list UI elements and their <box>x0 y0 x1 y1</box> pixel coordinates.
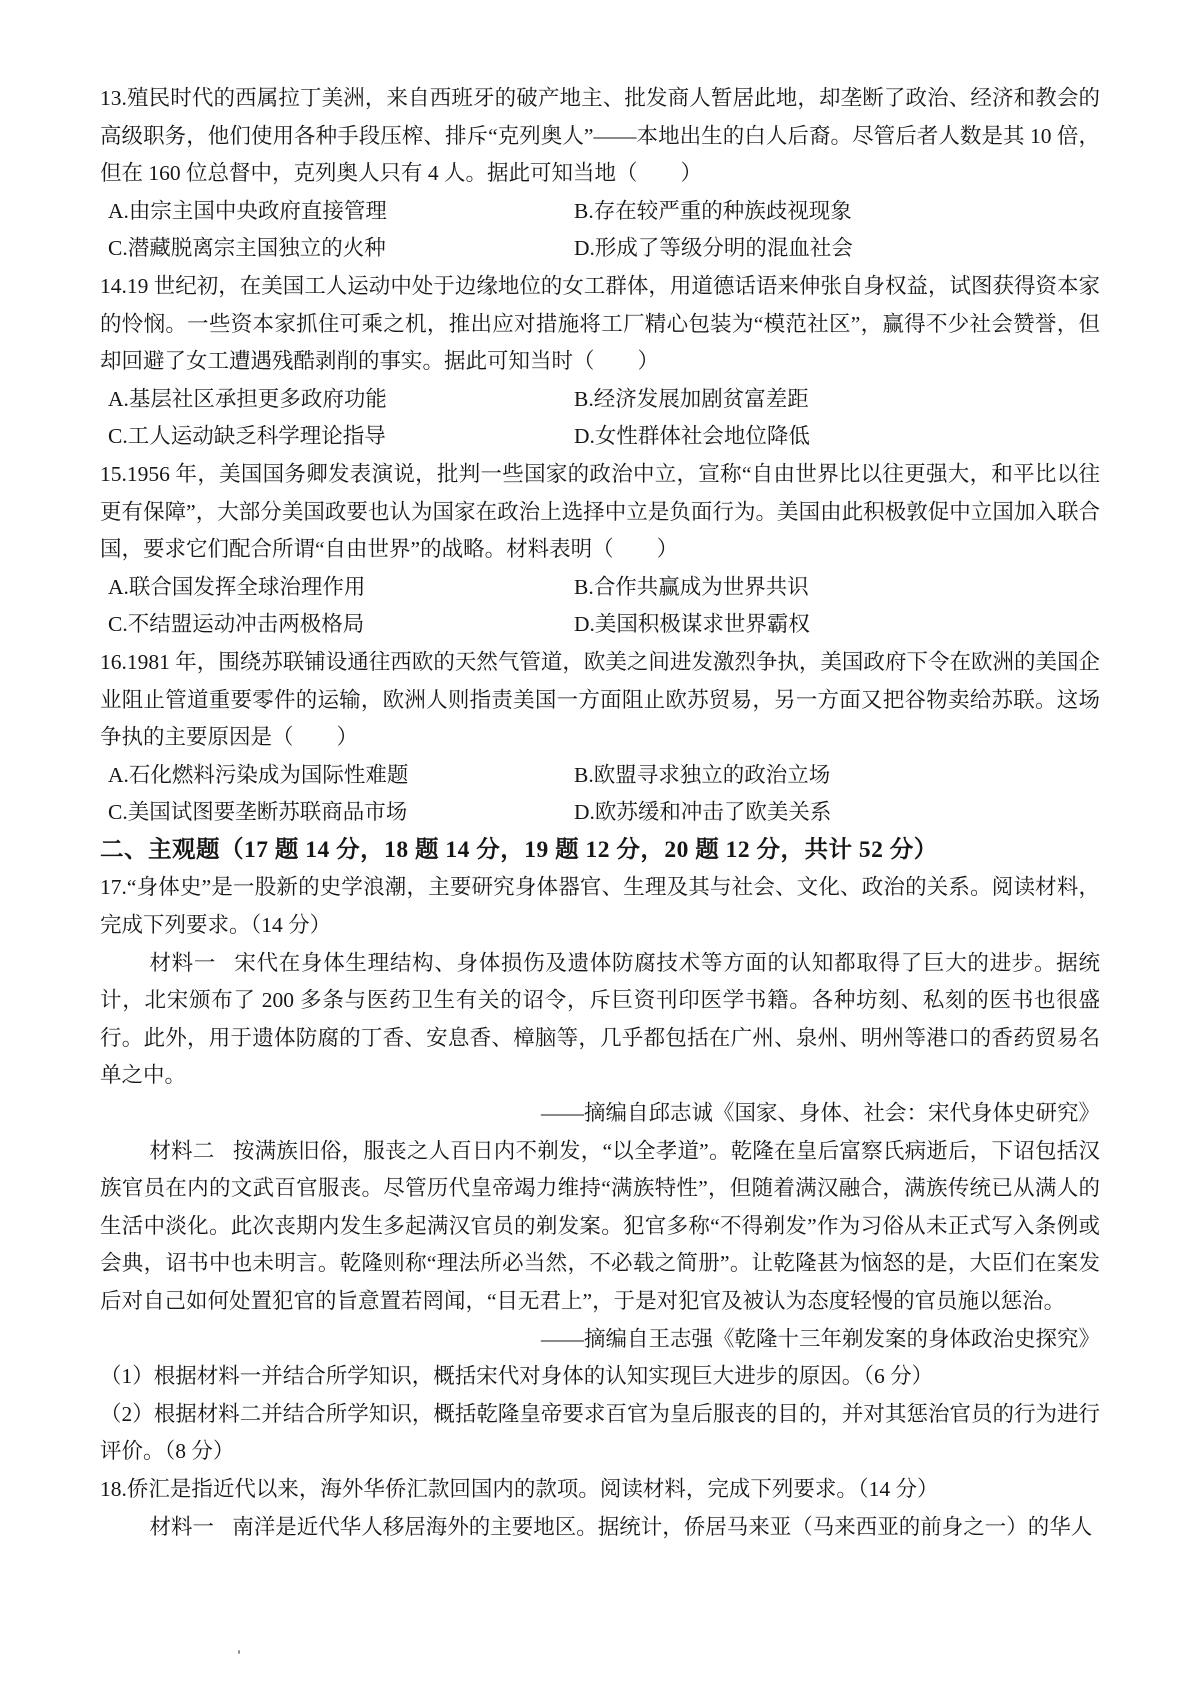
question-13-option-d: D.形成了等级分明的混血社会 <box>574 230 1100 268</box>
question-15-option-d: D.美国积极谋求世界霸权 <box>574 606 1100 644</box>
question-16-stem: 16.1981 年，围绕苏联铺设通往西欧的天然气管道，欧美之间进发激烈争执，美国… <box>100 644 1100 757</box>
question-17-material-1: 材料一宋代在身体生理结构、身体损伤及遗体防腐技术等方面的认知都取得了巨大的进步。… <box>100 945 1100 1095</box>
material-1-label: 材料一 <box>149 1515 214 1539</box>
question-14-option-c: C.工人运动缺乏科学理论指导 <box>108 418 574 456</box>
material-1-label: 材料一 <box>149 951 216 975</box>
question-17: 17.“身体史”是一股新的史学浪潮，主要研究身体器官、生理及其与社会、文化、政治… <box>100 869 1100 1471</box>
question-18-material-1: 材料一南洋是近代华人移居海外的主要地区。据统计，侨居马来亚（马来西亚的前身之一）… <box>100 1509 1100 1547</box>
question-16: 16.1981 年，围绕苏联铺设通往西欧的天然气管道，欧美之间进发激烈争执，美国… <box>100 644 1100 832</box>
question-16-option-b: B.欧盟寻求独立的政治立场 <box>574 757 1100 795</box>
question-14: 14.19 世纪初，在美国工人运动中处于边缘地位的女工群体，用道德话语来伸张自身… <box>100 268 1100 456</box>
exam-content: 13.殖民时代的西属拉丁美洲，来自西班牙的破产地主、批发商人暂居此地，却垄断了政… <box>100 80 1100 1546</box>
question-15-option-a: A.联合国发挥全球治理作用 <box>108 569 574 607</box>
question-15: 15.1956 年，美国国务卿发表演说，批判一些国家的政治中立，宣称“自由世界比… <box>100 456 1100 644</box>
question-16-option-d: D.欧苏缓和冲击了欧美关系 <box>574 794 1100 832</box>
question-15-option-b: B.合作共赢成为世界共识 <box>574 569 1100 607</box>
question-13-option-b: B.存在较严重的种族歧视现象 <box>574 193 1100 231</box>
question-16-option-c: C.美国试图要垄断苏联商品市场 <box>108 794 574 832</box>
question-14-option-a: A.基层社区承担更多政府功能 <box>108 381 574 419</box>
question-13-stem: 13.殖民时代的西属拉丁美洲，来自西班牙的破产地主、批发商人暂居此地，却垄断了政… <box>100 80 1100 193</box>
question-17-subquestion-2: （2）根据材料二并结合所学知识，概括乾隆皇帝要求百官为皇后服丧的目的，并对其惩治… <box>100 1396 1100 1471</box>
scan-artifact-dot <box>238 1650 240 1654</box>
question-14-stem: 14.19 世纪初，在美国工人运动中处于边缘地位的女工群体，用道德话语来伸张自身… <box>100 268 1100 381</box>
question-13-options: A.由宗主国中央政府直接管理 B.存在较严重的种族歧视现象 C.潜藏脱离宗主国独… <box>100 193 1100 268</box>
section-2-header: 二、主观题（17 题 14 分，18 题 14 分，19 题 12 分，20 题… <box>100 832 1100 870</box>
question-17-subquestion-1: （1）根据材料一并结合所学知识，概括宋代对身体的认知实现巨大进步的原因。（6 分… <box>100 1358 1100 1396</box>
question-15-stem: 15.1956 年，美国国务卿发表演说，批判一些国家的政治中立，宣称“自由世界比… <box>100 456 1100 569</box>
question-17-source-1: ——摘编自邱志诚《国家、身体、社会：宋代身体史研究》 <box>100 1095 1100 1133</box>
material-1-text: 宋代在身体生理结构、身体损伤及遗体防腐技术等方面的认知都取得了巨大的进步。据统计… <box>100 951 1100 1088</box>
question-14-options: A.基层社区承担更多政府功能 B.经济发展加剧贫富差距 C.工人运动缺乏科学理论… <box>100 381 1100 456</box>
question-18-intro: 18.侨汇是指近代以来，海外华侨汇款回国内的款项。阅读材料，完成下列要求。（14… <box>100 1471 1100 1509</box>
material-1-text: 南洋是近代华人移居海外的主要地区。据统计，侨居马来亚（马来西亚的前身之一）的华人 <box>232 1515 1092 1539</box>
material-2-label: 材料二 <box>149 1139 214 1163</box>
question-14-option-d: D.女性群体社会地位降低 <box>574 418 1100 456</box>
question-14-option-b: B.经济发展加剧贫富差距 <box>574 381 1100 419</box>
question-15-options: A.联合国发挥全球治理作用 B.合作共赢成为世界共识 C.不结盟运动冲击两极格局… <box>100 569 1100 644</box>
question-18: 18.侨汇是指近代以来，海外华侨汇款回国内的款项。阅读材料，完成下列要求。（14… <box>100 1471 1100 1546</box>
question-16-option-a: A.石化燃料污染成为国际性难题 <box>108 757 574 795</box>
exam-page: 13.殖民时代的西属拉丁美洲，来自西班牙的破产地主、批发商人暂居此地，却垄断了政… <box>0 0 1200 1698</box>
question-13: 13.殖民时代的西属拉丁美洲，来自西班牙的破产地主、批发商人暂居此地，却垄断了政… <box>100 80 1100 268</box>
question-13-option-a: A.由宗主国中央政府直接管理 <box>108 193 574 231</box>
question-15-option-c: C.不结盟运动冲击两极格局 <box>108 606 574 644</box>
material-2-text: 按满族旧俗，服丧之人百日内不剃发，“以全孝道”。乾隆在皇后富察氏病逝后，下诏包括… <box>100 1139 1100 1313</box>
question-17-source-2: ——摘编自王志强《乾隆十三年剃发案的身体政治史探究》 <box>100 1321 1100 1359</box>
question-13-option-c: C.潜藏脱离宗主国独立的火种 <box>108 230 574 268</box>
question-17-intro: 17.“身体史”是一股新的史学浪潮，主要研究身体器官、生理及其与社会、文化、政治… <box>100 869 1100 944</box>
question-16-options: A.石化燃料污染成为国际性难题 B.欧盟寻求独立的政治立场 C.美国试图要垄断苏… <box>100 757 1100 832</box>
question-17-material-2: 材料二按满族旧俗，服丧之人百日内不剃发，“以全孝道”。乾隆在皇后富察氏病逝后，下… <box>100 1133 1100 1321</box>
